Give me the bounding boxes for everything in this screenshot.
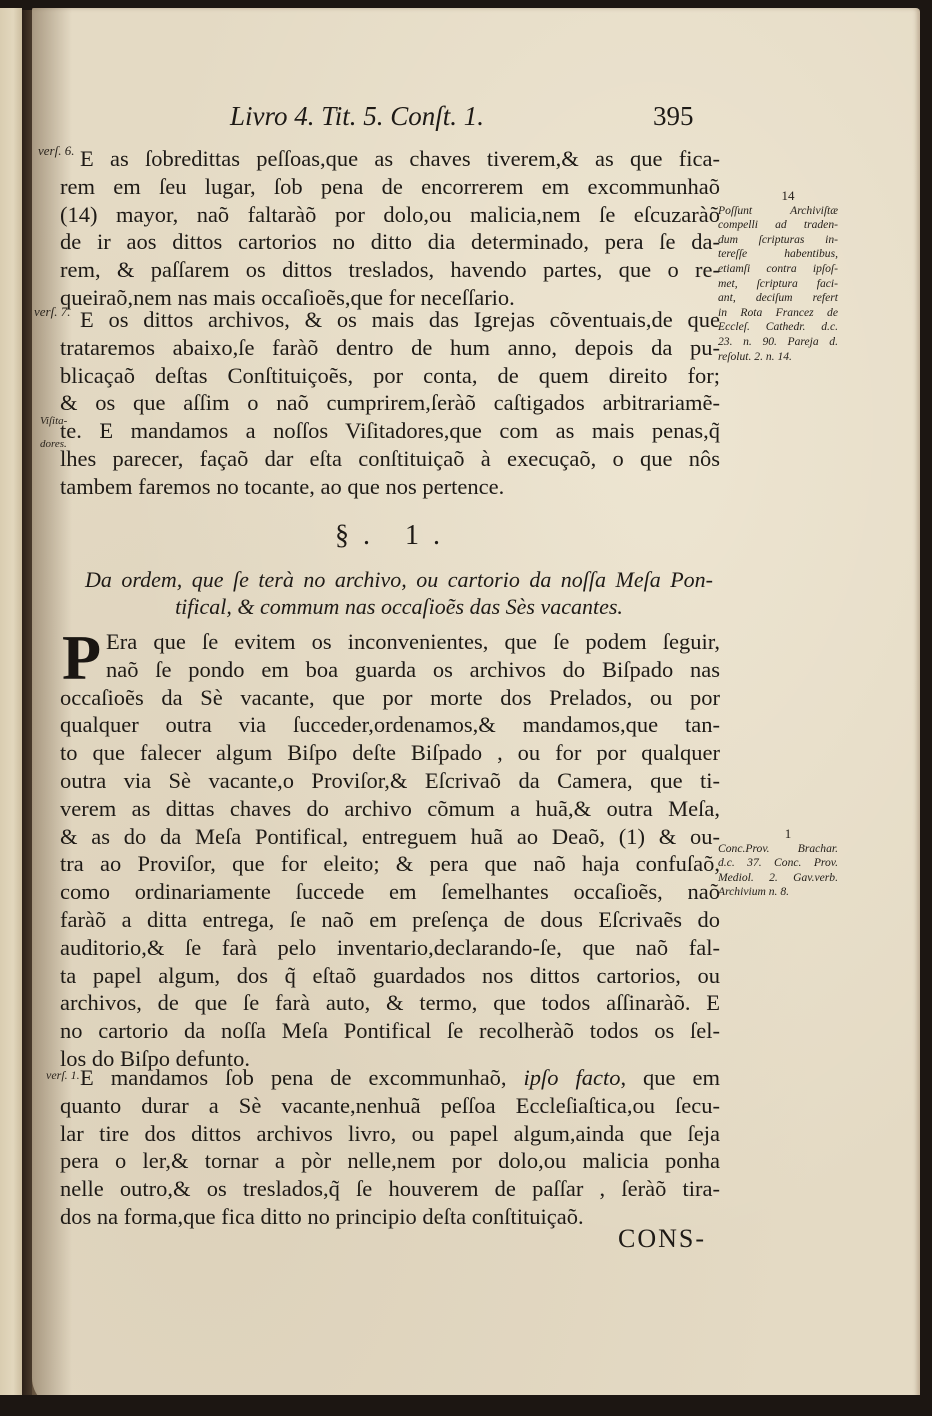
text-line: & as do da Meſa Pontifical, entreguem hu… [60,823,720,851]
note-number: 1 [718,827,838,842]
text-line: to que falecer algum Biſpo deſte Biſpado… [60,739,720,767]
text-line: rem, & paſſarem os dittos treslados, hav… [60,256,720,284]
paragraph-2: E os dittos archivos, & os mais das Igre… [60,306,720,501]
paragraph-4: E mandamos ſob pena de excommunhaõ, ipſo… [60,1064,720,1231]
paragraph-3: Era que ſe evitem os inconvenientes, que… [60,628,720,1073]
text-line: rem em ſeu lugar, ſob pena de encorrerem… [60,173,720,201]
text-line: occaſioẽs da Sè vacante, que por morte d… [60,684,720,712]
note-line: Conc.Prov. Brachar. [718,842,838,857]
text-line: & os que aſſim o naõ cumprirem,ſeràõ caſ… [60,389,720,417]
text-line: nelle outro,& os treslados,q̃ ſe houvere… [60,1175,720,1203]
text-line: ta papel algum, dos q̃ eſtaõ guardados n… [60,962,720,990]
section-title-line: Da ordem, que ſe terà no archivo, ou car… [85,566,713,593]
note-line: dum ſcripturas in- [718,233,838,248]
side-note-14: 14 Poſſunt Archiviſtæ compelli ad traden… [718,189,838,364]
note-line: compelli ad traden- [718,218,838,233]
section-mark: §. 1. [335,520,454,552]
italic-phrase: ipſo facto [524,1065,621,1090]
text-line: como ordinariamente ſuccede em ſemelhant… [60,878,720,906]
text-line: pera o ler,& tornar a pòr nelle,nem por … [60,1147,720,1175]
note-line: Poſſunt Archiviſtæ [718,204,838,219]
text-line: outra via Sè vacante,o Proviſor,& Eſcriv… [60,767,720,795]
text-line: te. E mandamos a noſſos Viſitadores,que … [60,417,720,445]
text-line: naõ ſe pondo em boa guarda os archivos d… [60,656,720,684]
note-line: Mediol. 2. Gav.verb. [718,871,838,886]
text-line: de ir aos dittos cartorios no ditto dia … [60,228,720,256]
text-line: E as ſobredittas peſſoas,que as chaves t… [60,145,720,173]
text-line: qualquer outra via ſucceder,ordenamos,& … [60,711,720,739]
note-line: reſolut. 2. n. 14. [718,350,838,365]
note-line: ant, deciſum refert [718,291,838,306]
section-title: Da ordem, que ſe terà no archivo, ou car… [85,566,713,620]
note-line: Eccleſ. Cathedr. d.c. [718,320,838,335]
text-segment: , que em [620,1065,720,1090]
adjacent-page-edge [0,8,22,1403]
text-line: verem as dittas chaves do archivo cõmum … [60,795,720,823]
text-line: tambem faremos no tocante, ao que nos pe… [60,473,720,501]
paragraph-1: E as ſobredittas peſſoas,que as chaves t… [60,145,720,312]
section-title-line: tifical, & commum nas occaſioẽs das Sès … [85,593,713,620]
text-line: no cartorio da noſſa Meſa Pontifical ſe … [60,1017,720,1045]
note-line: 23. n. 90. Pareja d. [718,335,838,350]
text-line: lar tire dos dittos archivos livro, ou p… [60,1120,720,1148]
running-head-title: Livro 4. Tit. 5. Conſt. 1. [230,101,484,131]
text-line: lhes parecer, façaõ dar eſta conſtituiça… [60,445,720,473]
note-line: met, ſcriptura faci- [718,277,838,292]
text-line: E os dittos archivos, & os mais das Igre… [60,306,720,334]
running-head: Livro 4. Tit. 5. Conſt. 1. 395 [230,101,710,132]
side-note-1: 1 Conc.Prov. Brachar. d.c. 37. Conc. Pro… [718,827,838,900]
text-line: quanto durar a Sè vacante,nenhuã peſſoa … [60,1092,720,1120]
text-line: E mandamos ſob pena de excommunhaõ, ipſo… [60,1064,720,1092]
text-line: faràõ a ditta entrega, ſe naõ em preſenç… [60,906,720,934]
scan-background [0,1395,932,1416]
text-line: auditorio,& ſe farà pelo inventario,decl… [60,934,720,962]
page-number: 395 [653,101,694,132]
text-segment: E mandamos ſob pena de excommunhaõ, [80,1065,524,1090]
catchword: CONS- [618,1224,706,1254]
text-line: trataremos abaixo,ſe faràõ dentro de hum… [60,334,720,362]
text-line: tra ao Proviſor, que for eleito; & pera … [60,850,720,878]
text-line: blicaçaõ deſtas Conſtituiçoẽs, por conta… [60,362,720,390]
note-line: etiamſi contra ipſoſ- [718,262,838,277]
note-line: in Rota Francez de [718,306,838,321]
text-line: (14) mayor, naõ faltaràõ por dolo,ou mal… [60,201,720,229]
text-line: archivos, de que ſe farà auto, & termo, … [60,989,720,1017]
text-line: Era que ſe evitem os inconvenientes, que… [60,628,720,656]
note-line: Archivium n. 8. [718,885,838,900]
note-number: 14 [718,189,838,204]
note-line: tereſſe habentibus, [718,247,838,262]
note-line: d.c. 37. Conc. Prov. [718,856,838,871]
